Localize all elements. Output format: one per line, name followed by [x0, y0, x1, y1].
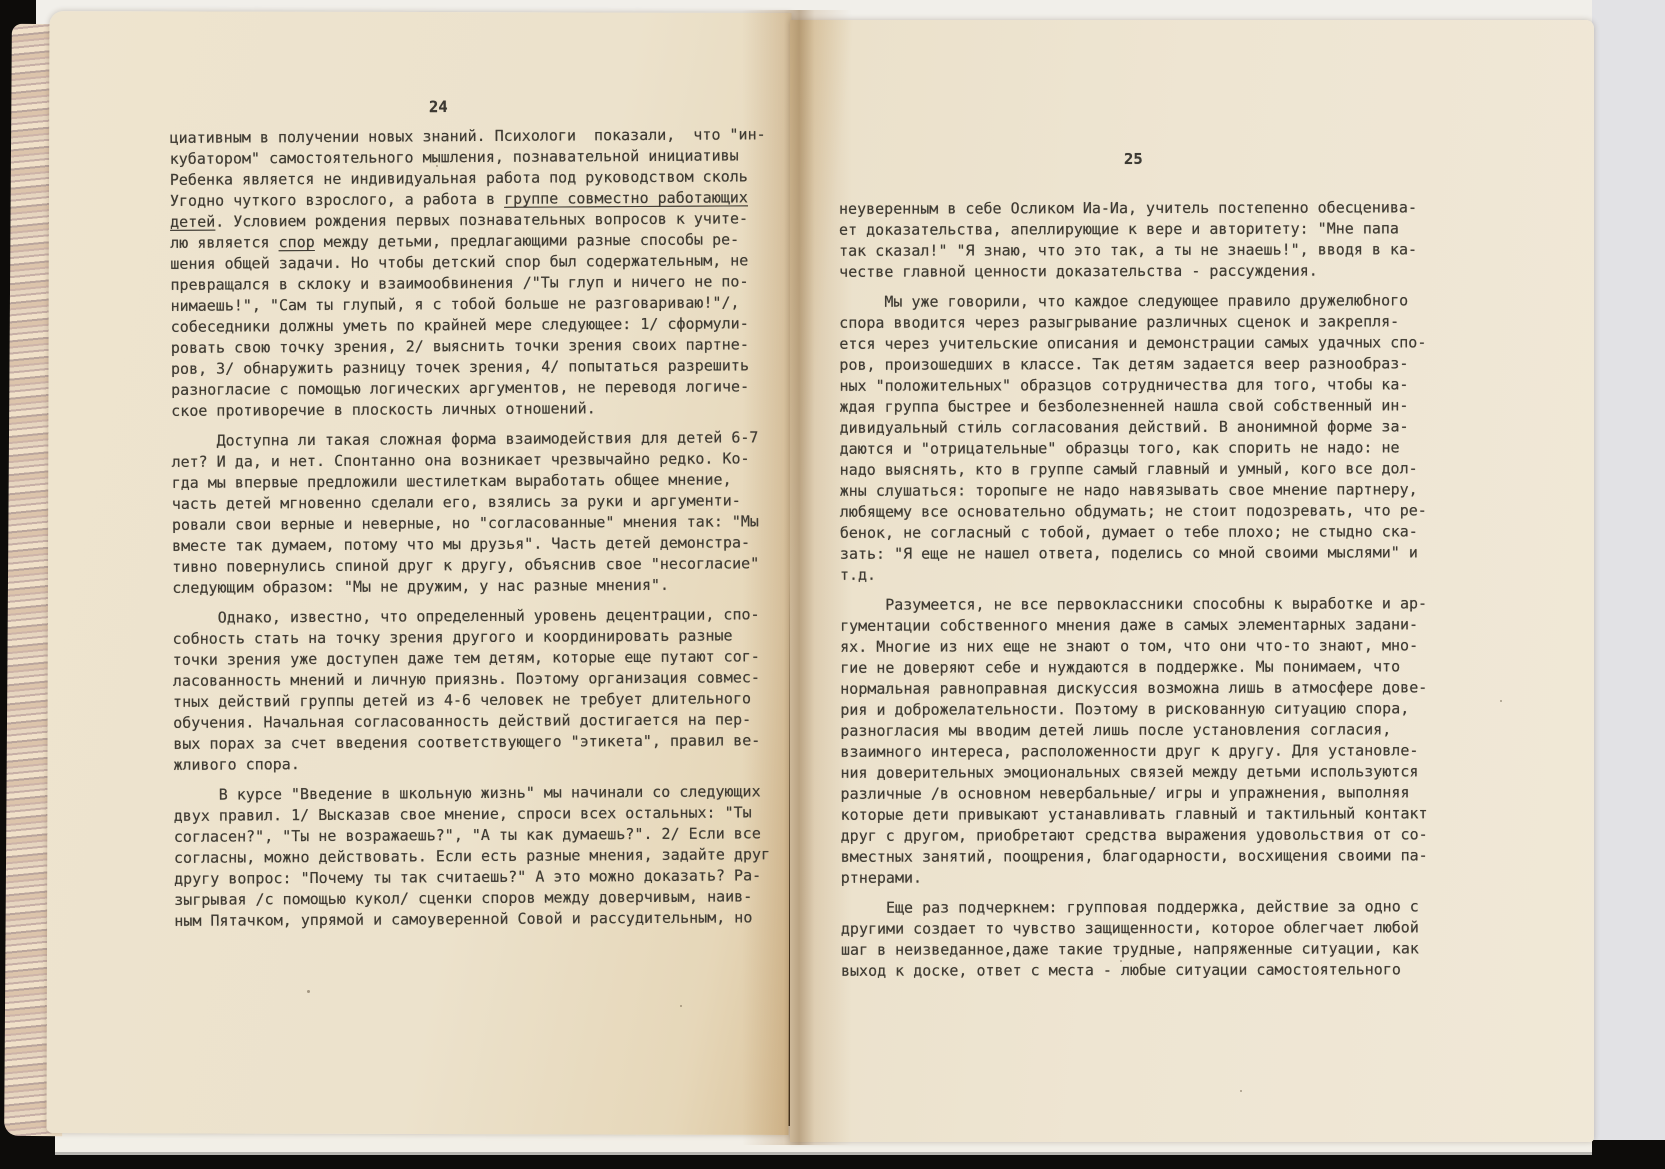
- paper-speckle: [980, 420, 982, 422]
- text-line: спора вводится через разыгрывание различ…: [839, 311, 1457, 334]
- text-line: шаг в неизведанное,даже такие трудные, н…: [841, 938, 1459, 961]
- paper-speckle: [250, 760, 252, 762]
- text-line: вместных занятий, поощрения, благодарнос…: [841, 845, 1459, 868]
- text-line: бенок, не согласный с тобой, думает о те…: [840, 521, 1458, 544]
- text-line: т.д.: [840, 563, 1458, 586]
- paper-speckle: [1500, 700, 1502, 702]
- text-line: Еще раз подчеркнем: групповая поддержка,…: [841, 896, 1459, 919]
- text-line: ет доказательства, апеллирующие к вере и…: [839, 218, 1457, 241]
- paragraph: Доступна ли такая сложная форма взаимоде…: [171, 427, 784, 599]
- paper-speckle: [436, 165, 438, 167]
- text-line: выход к доске, ответ с места - любые сит…: [841, 959, 1459, 982]
- text-line: ях. Многие из них еще не знают о том, чт…: [840, 635, 1458, 658]
- text-line: вых порах за счет введения соответствующ…: [173, 730, 785, 755]
- text-line: ется через учительские описания и демонс…: [839, 332, 1457, 355]
- text-line: ным Пятачком, упрямой и самоуверенной Со…: [174, 907, 786, 932]
- text-line: дивидуальный стиль согласования действий…: [840, 416, 1458, 439]
- text-line: следующим образом: "Мы не дружим, у нас …: [172, 574, 784, 599]
- right-page-text: неуверенным в себе Осликом Иа-Иа, учител…: [839, 197, 1459, 991]
- text-line: рия и доброжелательности. Поэтому в риск…: [840, 698, 1458, 721]
- text-line: ское противоречие в плоскость личных отн…: [171, 397, 783, 422]
- text-line: зать: "Я еще не нашел ответа, поделись с…: [840, 542, 1458, 565]
- text-line: ных "положительных" образцов сотрудничес…: [839, 374, 1457, 397]
- text-line: другими создает то чувство защищенности,…: [841, 917, 1459, 940]
- text-line: разногласие с помощью логических аргумен…: [171, 376, 783, 401]
- text-line: жливого спора.: [173, 751, 785, 776]
- text-line: друг с другом, приобретают средства выра…: [841, 824, 1459, 847]
- text-line: взаимного интереса, расположенности друг…: [840, 740, 1458, 763]
- paragraph: Мы уже говорили, что каждое следующее пр…: [839, 290, 1458, 586]
- scanned-book-spread: 24 25 циативным в получении новых знаний…: [0, 0, 1665, 1169]
- scanner-background-right: [1592, 0, 1665, 1140]
- paragraph: В курсе "Введение в школьную жизнь" мы н…: [174, 781, 787, 932]
- paragraph: Однако, известно, что определенный урове…: [172, 604, 785, 776]
- text-line: ртнерами.: [841, 866, 1459, 889]
- right-page-number: 25: [1124, 150, 1143, 168]
- text-line: различные /в основном невербальные/ игры…: [840, 782, 1458, 805]
- text-line: так сказал!" "Я знаю, что это так, а ты …: [839, 239, 1457, 262]
- text-line: ния доверительных эмоциональных связей м…: [840, 761, 1458, 784]
- text-line: даются и "отрицательные" образцы того, к…: [840, 437, 1458, 460]
- text-line: гументации собственного мнения даже в са…: [840, 614, 1458, 637]
- text-line: ров, произошедших в классе. Так детям за…: [839, 353, 1457, 376]
- paper-speckle: [1240, 1090, 1242, 1092]
- paragraph: Еще раз подчеркнем: групповая поддержка,…: [841, 896, 1459, 982]
- text-line: любящему все основательно обдумать; не с…: [840, 500, 1458, 523]
- text-line: Мы уже говорили, что каждое следующее пр…: [839, 290, 1457, 313]
- text-line: Разумеется, не все первоклассники способ…: [840, 593, 1458, 616]
- paragraph: Разумеется, не все первоклассники способ…: [840, 593, 1459, 889]
- text-line: неуверенным в себе Осликом Иа-Иа, учител…: [839, 197, 1457, 220]
- text-line: надо выяснять, кто в группе самый главны…: [840, 458, 1458, 481]
- text-line: жны слушаться: торопыге не надо навязыва…: [840, 479, 1458, 502]
- text-line: разногласия мы вводим детей лишь после у…: [840, 719, 1458, 742]
- text-line: гие не доверяют себе и нуждаются в подде…: [840, 656, 1458, 679]
- paragraph: неуверенным в себе Осликом Иа-Иа, учител…: [839, 197, 1457, 283]
- text-line: ждая группа быстрее и безболезненней наш…: [839, 395, 1457, 418]
- text-line: тивно повернулись спиной друг к другу, о…: [172, 553, 784, 578]
- paper-speckle: [1120, 960, 1122, 962]
- text-line: нормальная равноправная дискуссия возмож…: [840, 677, 1458, 700]
- paper-speckle: [307, 990, 310, 993]
- paper-speckle: [680, 1005, 682, 1007]
- left-page-number: 24: [429, 98, 448, 116]
- left-page-text: циативным в получении новых знаний. Псих…: [170, 124, 787, 941]
- paragraph: циативным в получении новых знаний. Псих…: [170, 124, 784, 422]
- text-line: которые дети привыкают устанавливать гла…: [841, 803, 1459, 826]
- text-line: честве главной ценности доказательства -…: [839, 260, 1457, 283]
